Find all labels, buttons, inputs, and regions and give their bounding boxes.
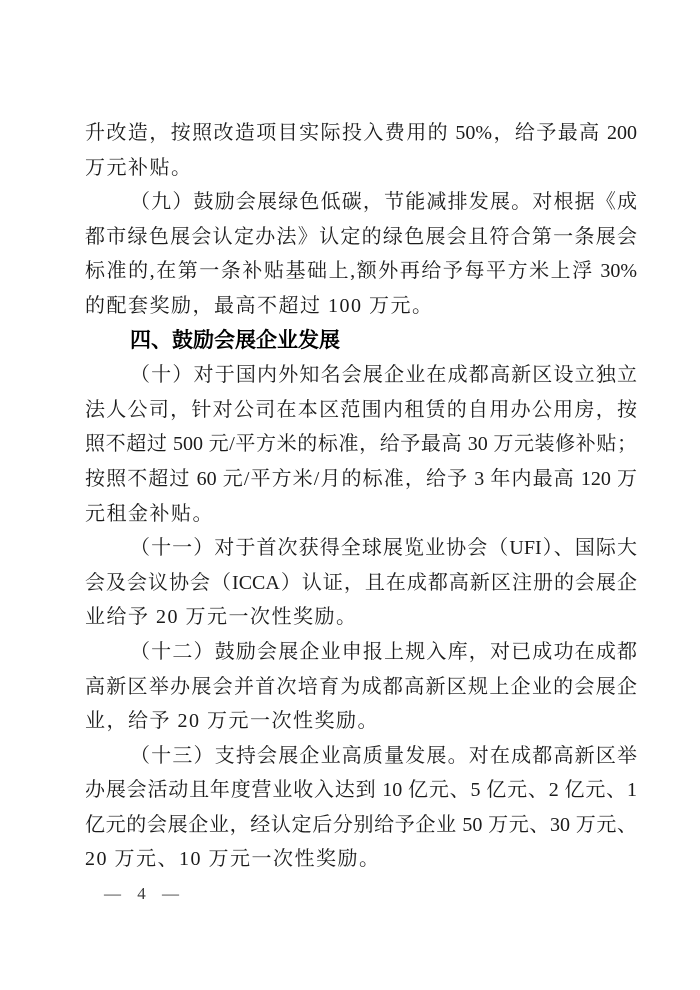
text-line: 高新区举办展会并首次培育为成都高新区规上企业的会展企 (85, 670, 637, 705)
text-line: （九）鼓励会展绿色低碳，节能减排发展。对根据《成 (85, 185, 637, 220)
text-line: （十一）对于首次获得全球展览业协会（UFI）、国际大 (85, 531, 637, 566)
text-line: 元租金补贴。 (85, 497, 637, 532)
document-page: 升改造，按照改造项目实际投入费用的 50%，给予最高 200万元补贴。（九）鼓励… (0, 0, 700, 990)
text-line: 的配套奖励，最高不超过 100 万元。 (85, 289, 637, 324)
text-line: 都市绿色展会认定办法》认定的绿色展会且符合第一条展会 (85, 220, 637, 255)
text-line: 业给予 20 万元一次性奖励。 (85, 600, 637, 635)
text-line: 办展会活动且年度营业收入达到 10 亿元、5 亿元、2 亿元、1 (85, 773, 637, 808)
text-line: 标准的,在第一条补贴基础上,额外再给予每平方米上浮 30% (85, 254, 637, 289)
text-line: 会及会议协会（ICCA）认证，且在成都高新区注册的会展企 (85, 566, 637, 601)
text-line: 照不超过 500 元/平方米的标准，给予最高 30 万元装修补贴； (85, 427, 637, 462)
text-line: （十）对于国内外知名会展企业在成都高新区设立独立 (85, 358, 637, 393)
text-line: 按照不超过 60 元/平方米/月的标准，给予 3 年内最高 120 万 (85, 462, 637, 497)
text-line: 亿元的会展企业，经认定后分别给予企业 50 万元、30 万元、 (85, 808, 637, 843)
section-heading: 四、鼓励会展企业发展 (85, 324, 637, 359)
text-line: 业，给予 20 万元一次性奖励。 (85, 704, 637, 739)
text-line: 升改造，按照改造项目实际投入费用的 50%，给予最高 200 (85, 116, 637, 151)
text-line: （十三）支持会展企业高质量发展。对在成都高新区举 (85, 739, 637, 774)
page-number: — 4 — (104, 884, 180, 903)
text-line: 万元补贴。 (85, 151, 637, 186)
text-line: 法人公司，针对公司在本区范围内租赁的自用办公用房，按 (85, 393, 637, 428)
page-footer: — 4 — (104, 884, 180, 904)
text-line: 20 万元、10 万元一次性奖励。 (85, 842, 637, 877)
document-body: 升改造，按照改造项目实际投入费用的 50%，给予最高 200万元补贴。（九）鼓励… (85, 116, 637, 877)
text-line: （十二）鼓励会展企业申报上规入库，对已成功在成都 (85, 635, 637, 670)
